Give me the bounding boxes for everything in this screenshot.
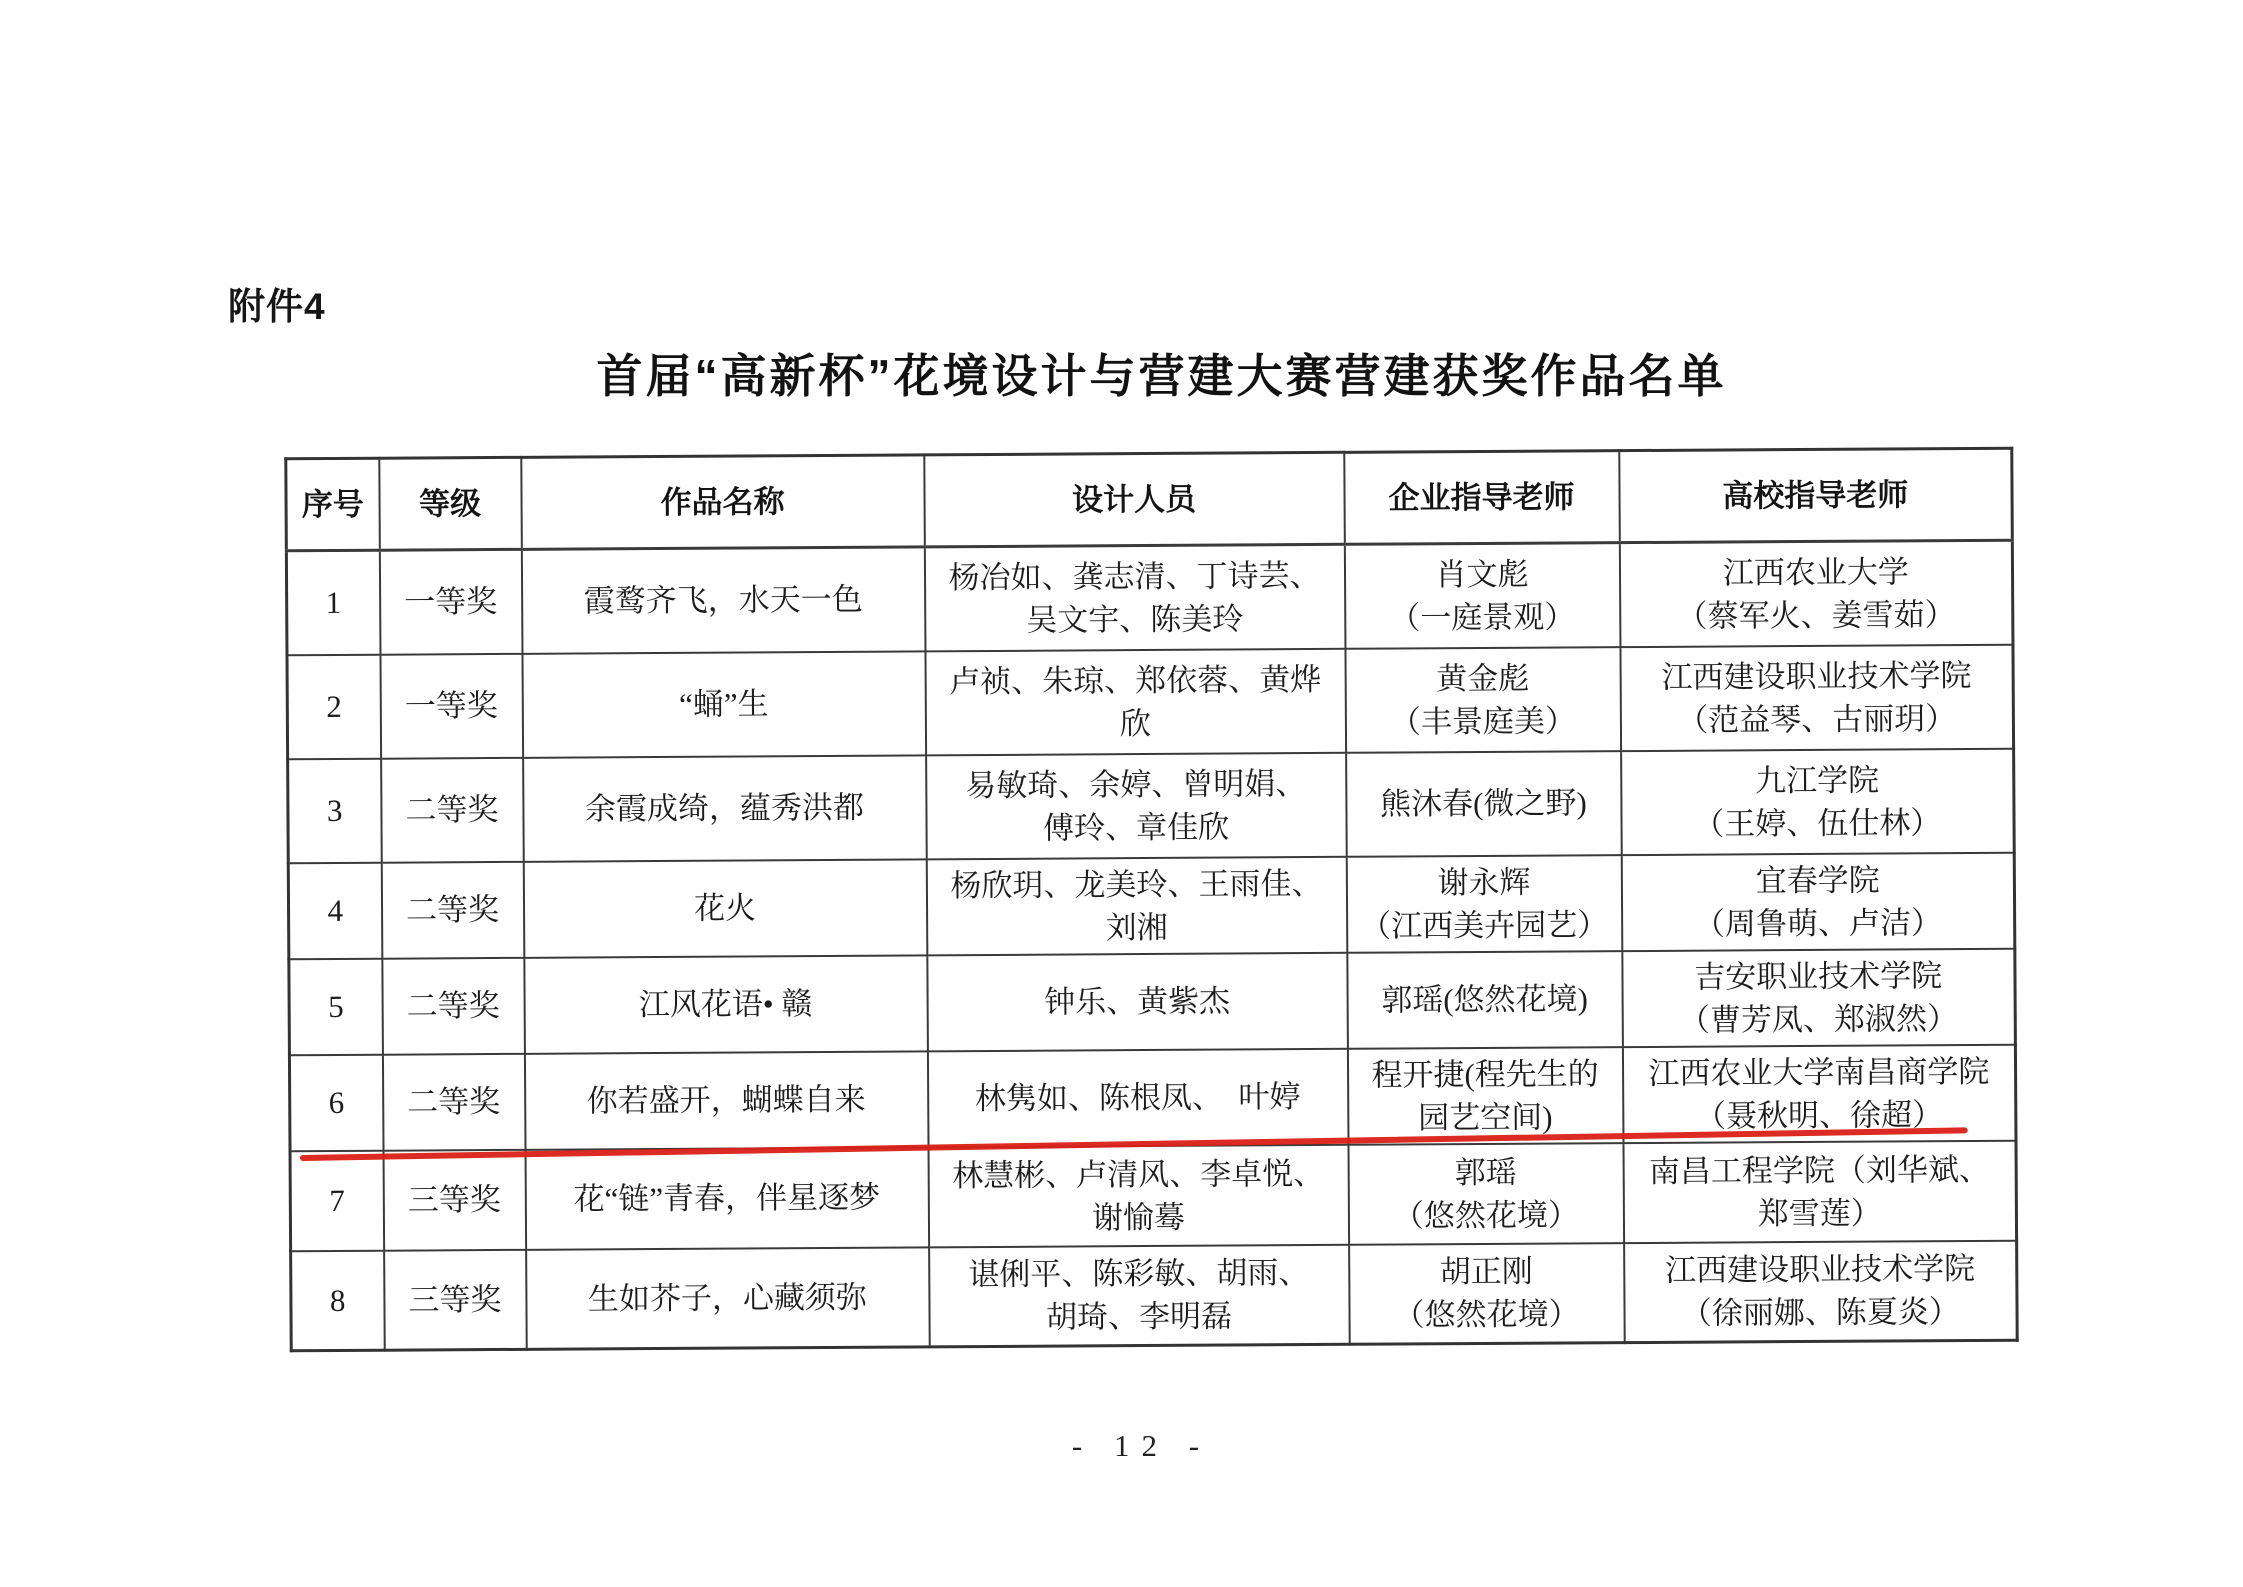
cell-designers: 杨欣玥、龙美玲、王雨佳、 刘湘 bbox=[926, 856, 1347, 955]
cell-work-name: 余霞成绮，蕴秀洪都 bbox=[523, 755, 927, 861]
table-row: 5 二等奖 江风花语• 赣 钟乐、黄紫杰 郭瑶(悠然花境) 吉安职业技术学院 （… bbox=[289, 948, 2016, 1055]
cell-designers: 林隽如、陈根凤、 叶婷 bbox=[927, 1048, 1348, 1147]
cell-designers: 卢祯、朱琼、郑依蓉、黄烨 欣 bbox=[925, 648, 1346, 755]
cell-designers: 杨冶如、龚志清、丁诗芸、 吴文宇、陈美玲 bbox=[924, 544, 1345, 651]
cell-enterprise-advisor: 胡正刚 （悠然花境） bbox=[1349, 1243, 1625, 1345]
header-row: 序号 等级 作品名称 设计人员 企业指导老师 高校指导老师 bbox=[286, 448, 2013, 551]
page-number: - 12 - bbox=[20, 1428, 2243, 1464]
table-row: 4 二等奖 花火 杨欣玥、龙美玲、王雨佳、 刘湘 谢永辉 （江西美卉园艺） 宜春… bbox=[288, 852, 2015, 959]
cell-level: 三等奖 bbox=[383, 1149, 526, 1250]
cell-no: 1 bbox=[286, 550, 380, 655]
cell-enterprise-advisor: 郭瑶 （悠然花境） bbox=[1348, 1143, 1624, 1245]
award-table: 序号 等级 作品名称 设计人员 企业指导老师 高校指导老师 1 一等奖 霞鹜齐飞… bbox=[284, 447, 2018, 1353]
document-page: 附件4 首届“高新杯”花境设计与营建大赛营建获奖作品名单 序号 等级 作品名称 … bbox=[0, 0, 2243, 1587]
cell-level: 一等奖 bbox=[379, 549, 522, 654]
cell-work-name: 花“链”青春，伴星逐梦 bbox=[525, 1147, 929, 1249]
cell-no: 7 bbox=[290, 1150, 384, 1251]
page-title: 首届“高新杯”花境设计与营建大赛营建获奖作品名单 bbox=[40, 340, 2243, 406]
cell-level: 二等奖 bbox=[381, 861, 524, 958]
cell-work-name: 江风花语• 赣 bbox=[524, 955, 928, 1053]
cell-no: 8 bbox=[291, 1250, 385, 1351]
cell-level: 二等奖 bbox=[382, 957, 525, 1054]
cell-level: 二等奖 bbox=[382, 1053, 525, 1150]
cell-enterprise-advisor: 郭瑶(悠然花境) bbox=[1347, 951, 1623, 1049]
cell-designers: 钟乐、黄紫杰 bbox=[927, 952, 1348, 1051]
header-designers: 设计人员 bbox=[924, 452, 1345, 547]
cell-no: 5 bbox=[289, 958, 383, 1055]
cell-university-advisor: 江西建设职业技术学院 （徐丽娜、陈夏炎） bbox=[1624, 1240, 2018, 1342]
table-header: 序号 等级 作品名称 设计人员 企业指导老师 高校指导老师 bbox=[286, 448, 2013, 551]
cell-university-advisor: 南昌工程学院（刘华斌、 郑雪莲） bbox=[1623, 1140, 2017, 1242]
cell-no: 3 bbox=[288, 758, 382, 863]
cell-designers: 谌俐平、陈彩敏、胡雨、 胡琦、李明磊 bbox=[929, 1244, 1350, 1347]
cell-university-advisor: 江西建设职业技术学院 （范益琴、古丽玥） bbox=[1620, 644, 2014, 750]
cell-level: 二等奖 bbox=[381, 757, 524, 862]
cell-no: 2 bbox=[287, 654, 381, 759]
header-level: 等级 bbox=[379, 457, 522, 550]
table-row: 2 一等奖 “蛹”生 卢祯、朱琼、郑依蓉、黄烨 欣 黄金彪 （丰景庭美） 江西建… bbox=[287, 644, 2014, 759]
cell-work-name: “蛹”生 bbox=[522, 651, 926, 757]
header-university-advisor: 高校指导老师 bbox=[1619, 448, 2013, 542]
cell-university-advisor: 吉安职业技术学院 （曹芳凤、郑淑然） bbox=[1622, 948, 2016, 1046]
cell-designers: 林慧彬、卢清风、李卓悦、 谢愉蓦 bbox=[928, 1144, 1349, 1247]
cell-no: 4 bbox=[288, 862, 382, 959]
cell-university-advisor: 宜春学院 （周鲁萌、卢洁） bbox=[1621, 852, 2015, 950]
cell-work-name: 你若盛开，蝴蝶自来 bbox=[524, 1051, 928, 1149]
table-row: 8 三等奖 生如芥子，心藏须弥 谌俐平、陈彩敏、胡雨、 胡琦、李明磊 胡正刚 （… bbox=[291, 1240, 2018, 1351]
cell-work-name: 生如芥子，心藏须弥 bbox=[526, 1247, 930, 1349]
cell-enterprise-advisor: 谢永辉 （江西美卉园艺） bbox=[1346, 855, 1622, 953]
cell-university-advisor: 江西农业大学 （蔡军火、姜雪茹） bbox=[1619, 540, 2013, 646]
table-row: 1 一等奖 霞鹜齐飞，水天一色 杨冶如、龚志清、丁诗芸、 吴文宇、陈美玲 肖文彪… bbox=[286, 540, 2013, 655]
cell-enterprise-advisor: 黄金彪 （丰景庭美） bbox=[1345, 647, 1621, 753]
cell-designers: 易敏琦、余婷、曾明娟、 傅玲、章佳欣 bbox=[926, 752, 1347, 859]
cell-work-name: 霞鹜齐飞，水天一色 bbox=[521, 547, 925, 653]
cell-enterprise-advisor: 熊沐春(微之野) bbox=[1346, 751, 1622, 857]
cell-enterprise-advisor: 肖文彪 （一庭景观） bbox=[1344, 543, 1620, 649]
cell-level: 三等奖 bbox=[384, 1249, 527, 1350]
table-row: 3 二等奖 余霞成绮，蕴秀洪都 易敏琦、余婷、曾明娟、 傅玲、章佳欣 熊沐春(微… bbox=[288, 748, 2015, 863]
cell-university-advisor: 九江学院 （王婷、伍仕林） bbox=[1621, 748, 2015, 854]
header-work-name: 作品名称 bbox=[521, 455, 925, 549]
header-no: 序号 bbox=[286, 458, 380, 551]
cell-work-name: 花火 bbox=[523, 859, 927, 957]
cell-level: 一等奖 bbox=[380, 653, 523, 758]
table-body: 1 一等奖 霞鹜齐飞，水天一色 杨冶如、龚志清、丁诗芸、 吴文宇、陈美玲 肖文彪… bbox=[286, 540, 2017, 1351]
attachment-label: 附件4 bbox=[228, 276, 326, 330]
cell-no: 6 bbox=[289, 1054, 383, 1151]
cell-enterprise-advisor: 程开捷(程先生的 园艺空间) bbox=[1347, 1047, 1623, 1145]
header-enterprise-advisor: 企业指导老师 bbox=[1344, 451, 1620, 545]
